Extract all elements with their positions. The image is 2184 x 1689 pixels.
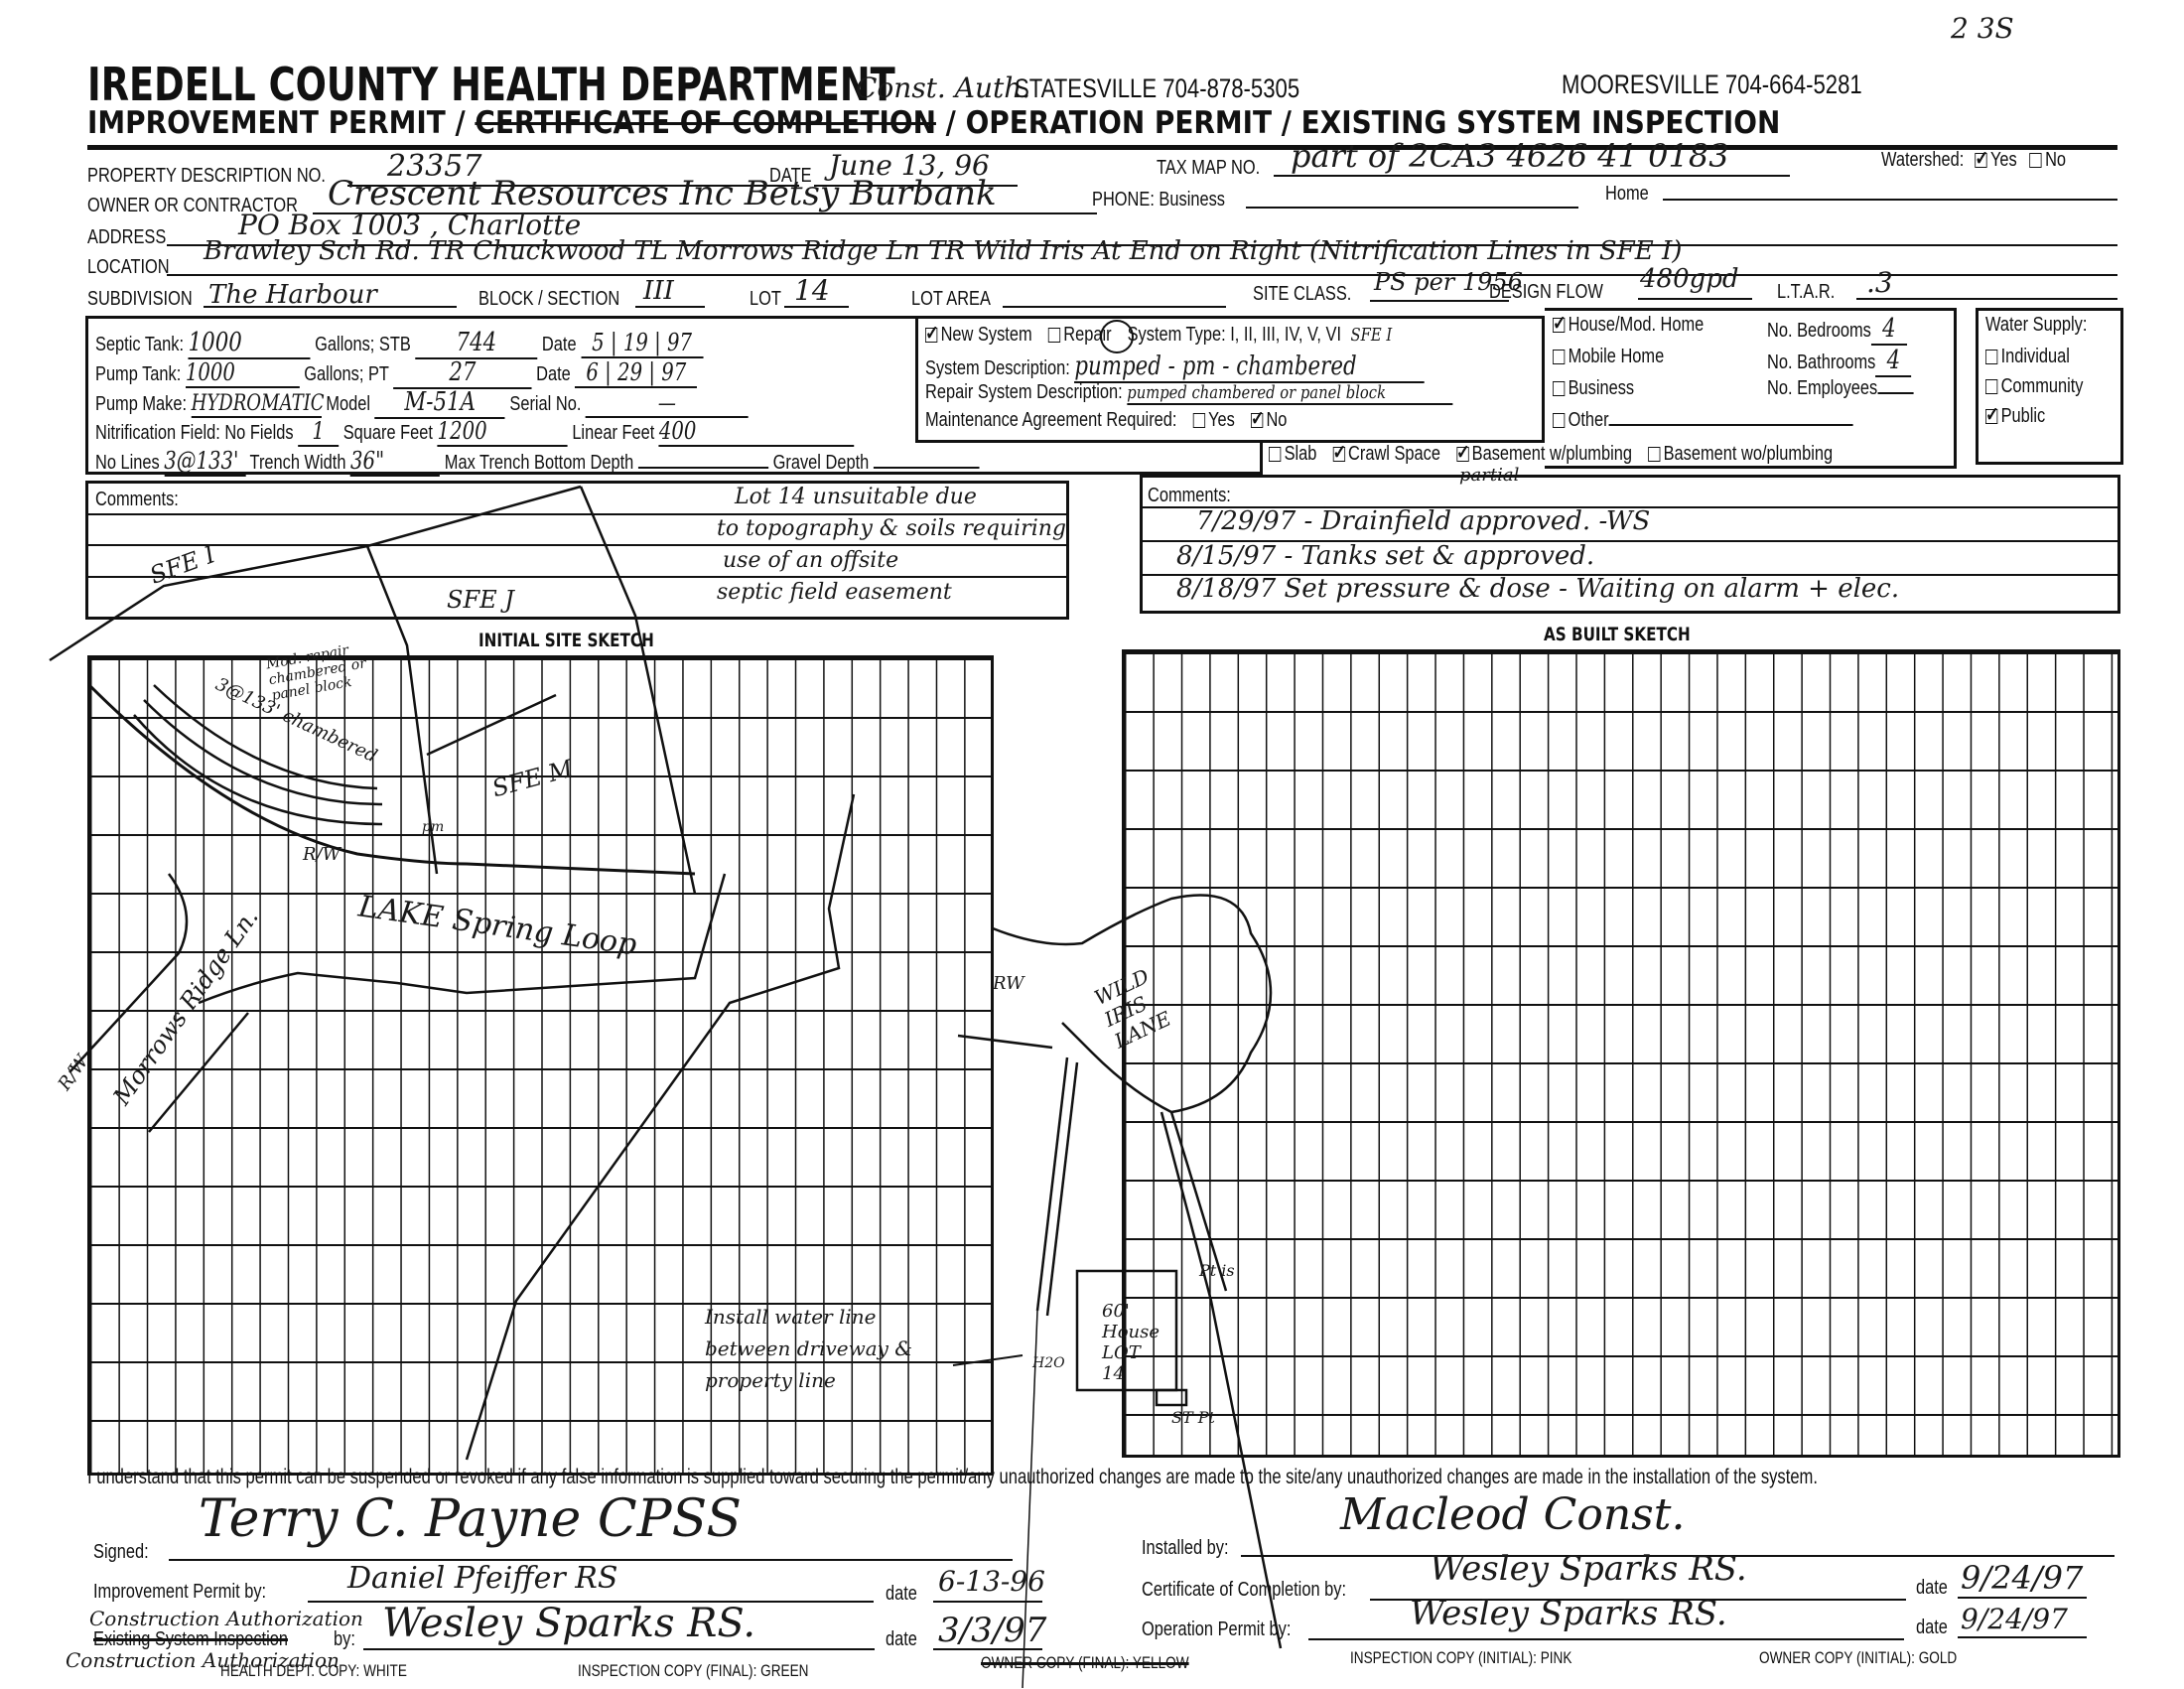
crawl-space-label: Crawl Space xyxy=(1348,443,1440,465)
as-built-sketch-title: AS BUILT SKETCH xyxy=(1544,624,1691,645)
septic-date-value[interactable]: 5 | 19 | 97 xyxy=(581,329,703,358)
serial-value[interactable]: — xyxy=(586,391,749,418)
subdivision-value: The Harbour xyxy=(208,280,377,310)
system-type-label: System Type: I, II, III, IV, V, VI xyxy=(1128,324,1341,346)
inspection-copy-final: INSPECTION COPY (FINAL): GREEN xyxy=(578,1661,809,1681)
site-class-label: SITE CLASS. xyxy=(1253,283,1351,306)
basement-with-plumbing-checkbox[interactable] xyxy=(1456,447,1468,462)
department-title: IREDELL COUNTY HEALTH DEPARTMENT xyxy=(87,58,895,111)
water-supply-label: Water Supply: xyxy=(1985,314,2087,337)
business-row: Business xyxy=(1553,377,1634,400)
pump-date-value[interactable]: 6 | 29 | 97 xyxy=(575,358,697,388)
watershed-group: Watershed: Yes No xyxy=(1881,149,2066,172)
other-field[interactable] xyxy=(1609,424,1853,426)
individual-row: Individual xyxy=(1985,346,2070,368)
repair-description-label: Repair System Description: xyxy=(925,381,1123,403)
bathrooms-value[interactable]: 4 xyxy=(1875,346,1911,377)
construction-authorization-label: Construction Authorization xyxy=(89,1607,363,1630)
lot-value: 14 xyxy=(794,274,830,307)
pump-make-label: Pump Make: xyxy=(95,393,187,415)
improvement-date-label: date xyxy=(886,1583,917,1606)
other-checkbox[interactable] xyxy=(1553,413,1565,428)
bathrooms-label: No. Bathrooms xyxy=(1767,352,1875,373)
house-row: House/Mod. Home xyxy=(1553,314,1704,337)
st-pt-label: ST Pt xyxy=(1171,1408,1215,1427)
h2o-label: H2O xyxy=(1032,1355,1065,1371)
pump-gallons-value[interactable]: 1000 xyxy=(186,358,300,388)
location-field[interactable] xyxy=(167,274,2117,276)
no-lines-value[interactable]: 3@133' xyxy=(164,447,245,477)
watershed-no-checkbox[interactable] xyxy=(2029,153,2041,168)
gravel-depth-field[interactable] xyxy=(874,467,980,469)
system-type-iii-circle xyxy=(1100,320,1134,353)
design-flow-label: DESIGN FLOW xyxy=(1489,281,1603,304)
ltar-field[interactable] xyxy=(1856,298,2117,300)
mobile-home-label: Mobile Home xyxy=(1569,346,1665,367)
employees-field[interactable] xyxy=(1877,392,1913,394)
block-section-field[interactable] xyxy=(635,306,705,308)
comment-left-line: septic field easement xyxy=(717,580,952,605)
improvement-date-value: 6-13-96 xyxy=(938,1565,1045,1598)
linear-feet-value[interactable]: 400 xyxy=(659,417,855,447)
max-trench-label: Max Trench Bottom Depth xyxy=(445,452,634,474)
employees-label: No. Employees xyxy=(1767,377,1877,399)
pt-note-label: Pt is xyxy=(1199,1261,1235,1280)
comments-right-label: Comments: xyxy=(1148,485,1231,507)
house-label: House/Mod. Home xyxy=(1569,314,1705,336)
repair-description-value[interactable]: pumped chambered or panel block xyxy=(1127,382,1452,405)
block-section-label: BLOCK / SECTION xyxy=(478,288,619,311)
lot-area-field[interactable] xyxy=(1003,306,1226,308)
maintenance-label: Maintenance Agreement Required: xyxy=(925,409,1176,431)
operation-permit-by-label: Operation Permit by: xyxy=(1142,1619,1291,1641)
house-checkbox[interactable] xyxy=(1553,318,1565,333)
pm-label: pm xyxy=(422,819,444,835)
gallons-label-2: Gallons; xyxy=(304,363,363,385)
improvement-permit-signature: Daniel Pfeiffer RS xyxy=(347,1561,617,1596)
trench-width-label: Trench Width xyxy=(250,452,346,474)
design-flow-value: 480gpd xyxy=(1640,264,1739,294)
nitrification-row: Nitrification Field: No Fields 1 Square … xyxy=(95,417,855,447)
improvement-permit-label: IMPROVEMENT PERMIT / xyxy=(87,105,466,141)
owner-value: Crescent Resources Inc Betsy Burbank xyxy=(328,174,997,213)
phone-business-field[interactable] xyxy=(1246,207,1578,209)
mobile-row: Mobile Home xyxy=(1553,346,1664,368)
pump-make-value[interactable]: HYDROMATIC xyxy=(192,391,322,418)
community-checkbox[interactable] xyxy=(1985,379,1997,394)
tax-map-field[interactable] xyxy=(1274,175,1790,177)
max-trench-field[interactable] xyxy=(638,467,768,469)
operation-date-value: 9/24/97 xyxy=(1961,1603,2068,1635)
phone-business-label: PHONE: Business xyxy=(1092,189,1225,211)
employees-row: No. Employees xyxy=(1767,377,1913,400)
construction-signature: Wesley Sparks RS. xyxy=(382,1601,755,1646)
square-feet-value[interactable]: 1200 xyxy=(438,417,568,447)
pump-make-row: Pump Make: HYDROMATIC Model M-51A Serial… xyxy=(95,387,749,419)
new-system-label: New System xyxy=(941,324,1032,346)
serial-label: Serial No. xyxy=(509,393,581,415)
watershed-label: Watershed: xyxy=(1881,149,1964,171)
owner-copy-final: OWNER COPY (FINAL): YELLOW xyxy=(981,1653,1189,1673)
operation-permit-label: / OPERATION PERMIT / EXISTING SYSTEM INS… xyxy=(946,105,1781,141)
comment-rule xyxy=(88,576,1066,578)
health-dept-copy: HEALTH DEPT. COPY: WHITE xyxy=(220,1661,407,1681)
rw-label-3: RW xyxy=(993,973,1024,994)
operation-date-label: date xyxy=(1916,1617,1948,1639)
slab-checkbox[interactable] xyxy=(1269,447,1281,462)
certificate-completion-by-label: Certificate of Completion by: xyxy=(1142,1579,1346,1602)
lot-area-label: LOT AREA xyxy=(911,288,991,311)
other-row: Other xyxy=(1553,409,1853,432)
comment-right-line: 8/15/97 - Tanks set & approved. xyxy=(1176,541,1594,571)
tax-map-value: part of 2CA3 4626 41 0183 xyxy=(1291,137,1729,175)
disclaimer-text: I understand that this permit can be sus… xyxy=(87,1466,1818,1489)
square-feet-label: Square Feet xyxy=(343,422,433,444)
address-label: ADDRESS xyxy=(87,226,166,249)
completion-date-field[interactable] xyxy=(1958,1597,2087,1599)
improvement-date-field[interactable] xyxy=(933,1601,1042,1603)
tax-map-label: TAX MAP NO. xyxy=(1157,157,1260,180)
new-system-checkbox[interactable] xyxy=(925,328,937,343)
pt-value[interactable]: 27 xyxy=(393,357,531,389)
gallons-label: Gallons; xyxy=(315,334,374,355)
slab-label: Slab xyxy=(1285,443,1317,465)
maintenance-row: Maintenance Agreement Required: Yes No xyxy=(925,409,1287,432)
signed-label: Signed: xyxy=(93,1541,149,1564)
operation-date-field[interactable] xyxy=(1958,1636,2087,1638)
watershed-no-label: No xyxy=(2045,149,2066,171)
community-row: Community xyxy=(1985,375,2084,398)
block-section-value: III xyxy=(643,276,674,306)
location-value: Brawley Sch Rd. TR Chuckwood TL Morrows … xyxy=(204,236,1682,266)
ltar-label: L.T.A.R. xyxy=(1777,281,1835,304)
operation-permit-signature: Wesley Sparks RS. xyxy=(1410,1594,1727,1633)
system-description-label: System Description: xyxy=(925,357,1070,379)
watershed-yes-checkbox[interactable] xyxy=(1975,153,1986,168)
construction-field[interactable] xyxy=(363,1648,875,1650)
site-class-field[interactable] xyxy=(1370,300,1509,302)
model-value[interactable]: M-51A xyxy=(375,387,505,419)
maintenance-no-checkbox[interactable] xyxy=(1251,413,1263,428)
property-description-label: PROPERTY DESCRIPTION NO. xyxy=(87,165,326,188)
linear-feet-label: Linear Feet xyxy=(572,422,654,444)
page-mark: 2 3S xyxy=(1951,12,2014,45)
install-water-line-note: Install water line between driveway & pr… xyxy=(705,1301,923,1396)
model-label: Model xyxy=(326,393,370,415)
trench-width-value[interactable]: 36" xyxy=(350,447,440,477)
comment-left-line: to topography & soils requiring xyxy=(717,516,1066,541)
nitrification-label: Nitrification Field: No Fields xyxy=(95,422,294,444)
design-flow-field[interactable] xyxy=(1638,298,1752,300)
lot-label: LOT xyxy=(750,288,781,311)
individual-label: Individual xyxy=(2001,346,2070,367)
comment-rule xyxy=(88,513,1066,515)
business-label: Business xyxy=(1569,377,1635,399)
comment-left-line: Lot 14 unsuitable due xyxy=(735,485,977,509)
construction-date-value: 3/3/97 xyxy=(938,1611,1046,1650)
sfe-note: SFE I xyxy=(1351,325,1393,346)
watershed-yes-label: Yes xyxy=(1990,149,2017,171)
crawl-space-checkbox[interactable] xyxy=(1332,447,1344,462)
mobile-home-checkbox[interactable] xyxy=(1553,350,1565,364)
system-description-row: System Description: pumped - pm - chambe… xyxy=(925,352,1425,383)
certificate-completion-signature: Wesley Sparks RS. xyxy=(1430,1549,1747,1589)
no-fields-value[interactable]: 1 xyxy=(298,417,339,447)
bathrooms-row: No. Bathrooms4 xyxy=(1767,346,1911,377)
owner-copy-initial: OWNER COPY (INITIAL): GOLD xyxy=(1759,1648,1957,1668)
bedrooms-row: No. Bedrooms4 xyxy=(1767,314,1907,346)
repair-description-row: Repair System Description: pumped chambe… xyxy=(925,381,1452,405)
statesville-phone: STATESVILLE 704-878-5305 xyxy=(1015,73,1299,104)
system-description-value[interactable]: pumped - pm - chambered xyxy=(1074,352,1425,383)
pt-label: PT xyxy=(368,363,389,385)
maintenance-yes-checkbox[interactable] xyxy=(1192,413,1204,428)
repair-checkbox[interactable] xyxy=(1048,328,1060,343)
subdivision-label: SUBDIVISION xyxy=(87,288,193,311)
rw-label: R/W xyxy=(303,844,341,865)
other-label: Other xyxy=(1569,409,1609,431)
sfe-j-label: SFE J xyxy=(447,586,514,614)
location-label: LOCATION xyxy=(87,256,170,279)
initial-sketch-title: INITIAL SITE SKETCH xyxy=(478,630,654,651)
construction-date-label: date xyxy=(886,1628,917,1651)
public-label: Public xyxy=(2001,405,2046,427)
system-type-row: New System Repair System Type: I, II, II… xyxy=(925,324,1392,347)
stb-label: STB xyxy=(379,334,411,355)
gravel-depth-label: Gravel Depth xyxy=(773,452,870,474)
completion-date-label: date xyxy=(1916,1577,1948,1600)
signed-signature: Terry C. Payne CPSS xyxy=(199,1489,742,1549)
installed-by-signature: Macleod Const. xyxy=(1340,1489,1685,1540)
business-checkbox[interactable] xyxy=(1553,381,1565,396)
completion-date-value: 9/24/97 xyxy=(1961,1559,2083,1597)
maintenance-yes-label: Yes xyxy=(1208,409,1235,431)
const-auth-note: Const. Auth. xyxy=(856,71,1030,104)
maintenance-no-label: No xyxy=(1266,409,1287,431)
operation-permit-field[interactable] xyxy=(1308,1638,1904,1640)
installed-by-label: Installed by: xyxy=(1142,1537,1229,1560)
septic-tank-label: Septic Tank: xyxy=(95,334,184,355)
mooresville-phone: MOORESVILLE 704-664-5281 xyxy=(1562,70,1862,100)
ltar-value: .3 xyxy=(1866,266,1893,299)
phone-home-label: Home xyxy=(1605,183,1649,206)
comments-left-label: Comments: xyxy=(95,489,179,511)
septic-row: Septic Tank: 1000 Gallons; STB 744 Date … xyxy=(95,328,703,359)
comment-right-line: 7/29/97 - Drainfield approved. -WS xyxy=(1196,506,1650,536)
pump-date-label: Date xyxy=(536,363,571,385)
improvement-permit-by-label: Improvement Permit by: xyxy=(93,1581,266,1604)
pump-row: Pump Tank: 1000 Gallons; PT 27 Date 6 | … xyxy=(95,357,697,389)
no-lines-label: No Lines xyxy=(95,452,160,474)
community-label: Community xyxy=(2001,375,2084,397)
individual-checkbox[interactable] xyxy=(1985,350,1997,364)
permit-type-line: IMPROVEMENT PERMIT / CERTIFICATE OF COMP… xyxy=(87,105,1780,141)
septic-gallons-value[interactable]: 1000 xyxy=(189,328,311,359)
pump-tank-label: Pump Tank: xyxy=(95,363,181,385)
phone-home-field[interactable] xyxy=(1663,199,2117,201)
public-row: Public xyxy=(1985,405,2045,428)
bedrooms-value[interactable]: 4 xyxy=(1871,314,1907,346)
stb-value[interactable]: 744 xyxy=(415,328,537,359)
public-checkbox[interactable] xyxy=(1985,409,1997,424)
as-built-sketch-grid[interactable] xyxy=(1122,649,2120,1458)
comment-rule xyxy=(88,544,1066,546)
comment-left-line: use of an offsite xyxy=(723,548,898,573)
house-lot-label: 60' House LOT 14 xyxy=(1102,1301,1161,1384)
comment-right-line: 8/18/97 Set pressure & dose - Waiting on… xyxy=(1176,574,1899,604)
certificate-completion-struck: CERTIFICATE OF COMPLETION xyxy=(475,105,936,141)
bedrooms-label: No. Bedrooms xyxy=(1767,320,1871,342)
lines-row: No Lines 3@133' Trench Width 36" Max Tre… xyxy=(95,447,979,477)
inspection-copy-initial: INSPECTION COPY (INITIAL): PINK xyxy=(1350,1648,1571,1668)
septic-date-label: Date xyxy=(542,334,577,355)
